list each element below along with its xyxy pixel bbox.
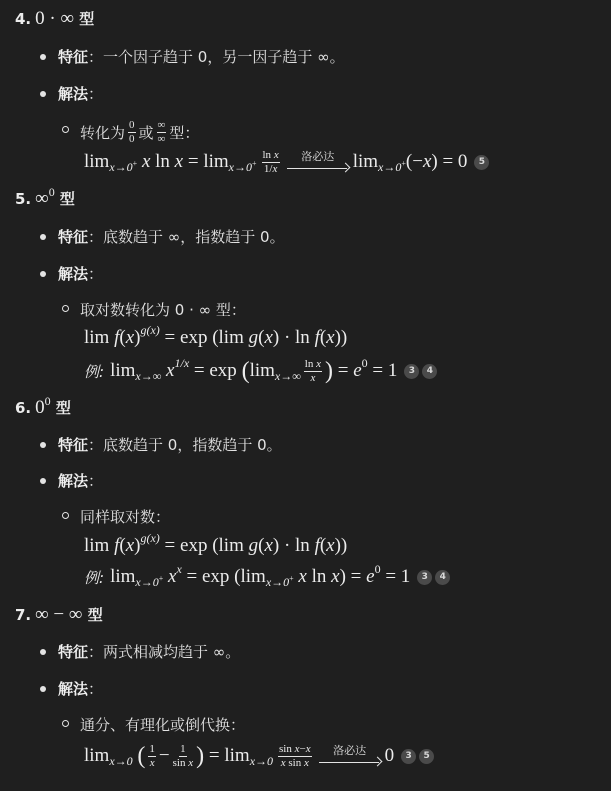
section-6-heading: 6.00 型 xyxy=(15,397,71,419)
method-item: 解法： xyxy=(40,678,103,699)
method-colon: ： xyxy=(88,265,103,283)
feature-text: ：一个因子趋于 0，另一因子趋于 ∞。 xyxy=(88,48,345,66)
heading-math: ∞0 xyxy=(35,188,55,209)
citation-badge[interactable]: 5 xyxy=(474,155,489,170)
method-item: 解法： xyxy=(40,470,103,491)
example-equation: 例: limx→0+ xx = exp (limx→0+ x ln x) = e… xyxy=(84,562,450,592)
heading-math: 0 · ∞ xyxy=(35,8,74,29)
citation-badge[interactable]: 3 xyxy=(417,570,432,585)
sub-text-or: 或 xyxy=(139,122,154,143)
heading-suffix: 型 xyxy=(60,190,75,208)
feature-label: 特征 xyxy=(58,48,88,66)
feature-label: 特征 xyxy=(58,436,88,454)
fraction-inf-over-inf: ∞∞ xyxy=(157,120,167,145)
lhopital-arrow: 洛必达 xyxy=(319,745,381,767)
method-item: 解法： xyxy=(40,263,103,284)
lhopital-arrow: 洛必达 xyxy=(287,151,349,173)
section-number: 6. xyxy=(15,399,31,417)
feature-text: ：底数趋于 ∞，指数趋于 0。 xyxy=(88,228,285,246)
sub-text-suffix: 型： xyxy=(169,122,199,143)
citation-badge[interactable]: 4 xyxy=(435,570,450,585)
section-number: 4. xyxy=(15,10,31,28)
heading-math: ∞ − ∞ xyxy=(35,604,82,625)
feature-text: ：底数趋于 0，指数趋于 0。 xyxy=(88,436,282,454)
feature-item: 特征：底数趋于 0，指数趋于 0。 xyxy=(40,434,282,455)
sub-text: 通分、有理化或倒代换： xyxy=(80,716,245,734)
equation-general: lim f(x)g(x) = exp (lim g(x) · ln f(x)) xyxy=(84,532,347,560)
method-item: 解法： xyxy=(40,83,103,104)
section-4-heading: 4.0 · ∞ 型 xyxy=(15,8,94,30)
sub-item: 取对数转化为 0 · ∞ 型： xyxy=(62,299,246,320)
sub-item: 同样取对数： xyxy=(62,506,170,527)
feature-text: ：两式相减均趋于 ∞。 xyxy=(88,643,240,661)
citation-badge[interactable]: 5 xyxy=(419,749,434,764)
section-5-heading: 5.∞0 型 xyxy=(15,188,75,210)
section-7-heading: 7.∞ − ∞ 型 xyxy=(15,604,103,626)
sub-text: 同样取对数： xyxy=(80,508,170,526)
heading-suffix: 型 xyxy=(56,399,71,417)
example-equation: 例: limx→∞ x1/x = exp (limx→∞ ln xx) = e0… xyxy=(84,354,437,388)
heading-suffix: 型 xyxy=(79,10,94,28)
example-label: 例: xyxy=(84,361,104,382)
method-label: 解法 xyxy=(58,265,88,283)
method-label: 解法 xyxy=(58,472,88,490)
sub-item: 转化为 00 或 ∞∞ 型： xyxy=(62,120,199,145)
equation-general: lim f(x)g(x) = exp (lim g(x) · ln f(x)) xyxy=(84,324,347,352)
method-label: 解法 xyxy=(58,680,88,698)
section-number: 5. xyxy=(15,190,31,208)
section-number: 7. xyxy=(15,606,31,624)
heading-suffix: 型 xyxy=(88,606,103,624)
equation-inf-minus-inf: limx→0 (1x−1sin x) = limx→0 sin x−xx sin… xyxy=(84,738,434,774)
method-colon: ： xyxy=(88,85,103,103)
feature-item: 特征：两式相减均趋于 ∞。 xyxy=(40,641,240,662)
sub-text: 转化为 xyxy=(80,122,125,143)
feature-item: 特征：底数趋于 ∞，指数趋于 0。 xyxy=(40,226,285,247)
equation-0-inf: limx→0+ x ln x = limx→0+ ln x1/x 洛必达 lim… xyxy=(84,144,489,180)
citation-badge[interactable]: 4 xyxy=(422,364,437,379)
example-label: 例: xyxy=(84,567,104,588)
feature-item: 特征：一个因子趋于 0，另一因子趋于 ∞。 xyxy=(40,46,345,67)
citation-badge[interactable]: 3 xyxy=(401,749,416,764)
method-colon: ： xyxy=(88,472,103,490)
citation-badge[interactable]: 3 xyxy=(404,364,419,379)
feature-label: 特征 xyxy=(58,228,88,246)
feature-label: 特征 xyxy=(58,643,88,661)
sub-item: 通分、有理化或倒代换： xyxy=(62,714,245,735)
sub-text: 取对数转化为 0 · ∞ 型： xyxy=(80,301,246,319)
method-colon: ： xyxy=(88,680,103,698)
method-label: 解法 xyxy=(58,85,88,103)
fraction-zero-over-zero: 00 xyxy=(128,120,136,145)
heading-math: 00 xyxy=(35,397,51,418)
